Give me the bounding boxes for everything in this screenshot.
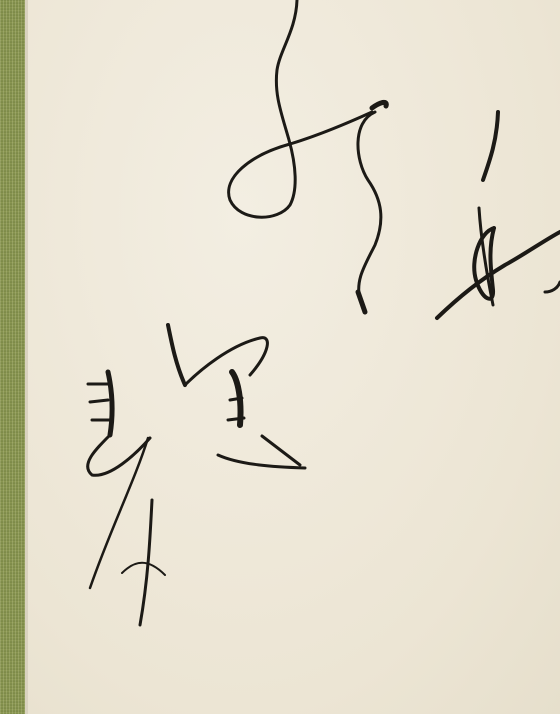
character-middle	[168, 325, 305, 468]
calligraphy-strokes	[0, 0, 560, 714]
character-loop-upper	[229, 0, 387, 312]
character-left-lower	[88, 372, 165, 625]
character-right	[437, 112, 560, 318]
